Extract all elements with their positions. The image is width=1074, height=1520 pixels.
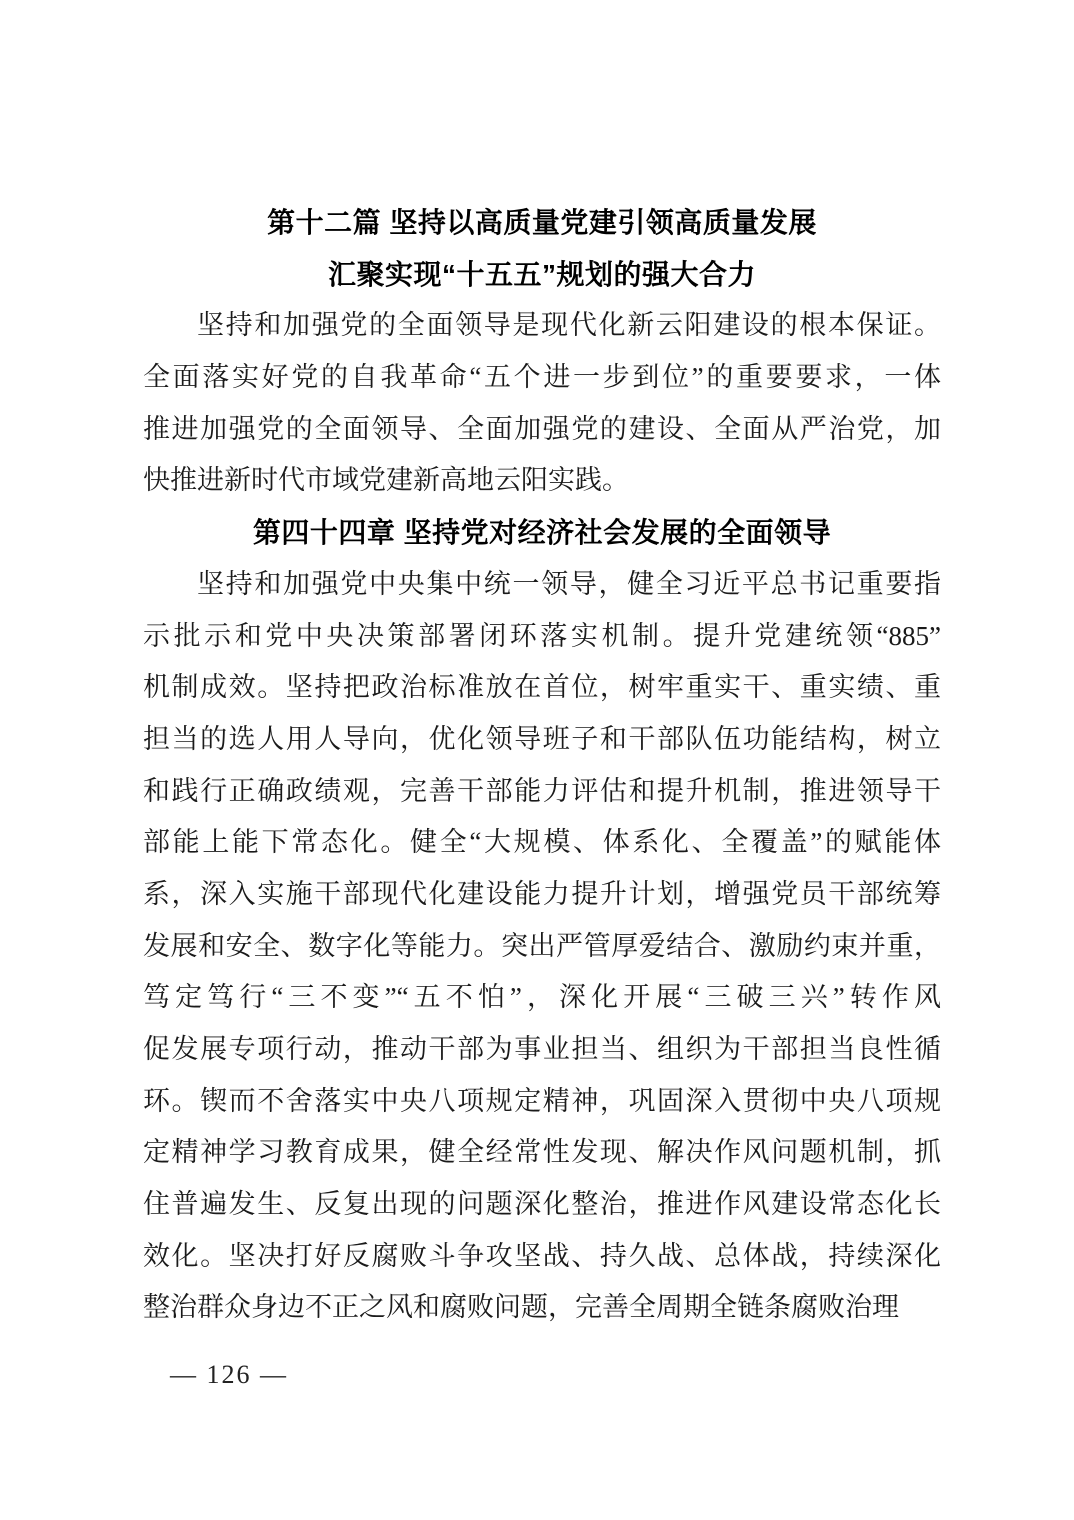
text-line: 系，深入实施干部现代化建设能力提升计划，增强党员干部统筹 — [143, 869, 941, 921]
document-page: 第十二篇 坚持以高质量党建引领高质量发展 汇聚实现“十五五”规划的强大合力 坚持… — [0, 0, 1074, 1520]
text-line: 快推进新时代市域党建新高地云阳实践。 — [143, 455, 941, 507]
text-line: 担当的选人用人导向，优化领导班子和干部队伍功能结构，树立 — [143, 714, 941, 766]
text-line: 住普遍发生、反复出现的问题深化整治，推进作风建设常态化长 — [143, 1179, 941, 1231]
text-line: 促发展专项行动，推动干部为事业担当、组织为干部担当良性循 — [143, 1024, 941, 1076]
paragraph-2: 坚持和加强党中央集中统一领导，健全习近平总书记重要指示批示和党中央决策部署闭环落… — [143, 559, 941, 1334]
text-line: 和践行正确政绩观，完善干部能力评估和提升机制，推进领导干 — [143, 766, 941, 818]
page-content: 第十二篇 坚持以高质量党建引领高质量发展 汇聚实现“十五五”规划的强大合力 坚持… — [143, 197, 941, 1334]
text-line: 效化。坚决打好反腐败斗争攻坚战、持久战、总体战，持续深化 — [143, 1231, 941, 1283]
text-line: 发展和安全、数字化等能力。突出严管厚爱结合、激励约束并重， — [143, 921, 941, 973]
page-number: — 126 — — [170, 1356, 288, 1394]
text-line: 部能上能下常态化。健全“大规模、体系化、全覆盖”的赋能体 — [143, 817, 941, 869]
paragraph-1: 坚持和加强党的全面领导是现代化新云阳建设的根本保证。全面落实好党的自我革命“五个… — [143, 300, 941, 507]
text-line: 定精神学习教育成果，健全经常性发现、解决作风问题机制，抓 — [143, 1127, 941, 1179]
text-line: 环。锲而不舍落实中央八项规定精神，巩固深入贯彻中央八项规 — [143, 1076, 941, 1128]
part-title-line1: 第十二篇 坚持以高质量党建引领高质量发展 — [143, 197, 941, 249]
text-line: 坚持和加强党的全面领导是现代化新云阳建设的根本保证。 — [143, 300, 941, 352]
chapter-title: 第四十四章 坚持党对经济社会发展的全面领导 — [143, 507, 941, 559]
text-line: 机制成效。坚持把政治标准放在首位，树牢重实干、重实绩、重 — [143, 662, 941, 714]
text-line: 笃定笃行“三不变”“五不怕”，深化开展“三破三兴”转作风 — [143, 972, 941, 1024]
text-line: 示批示和党中央决策部署闭环落实机制。提升党建统领“885” — [143, 611, 941, 663]
text-line: 全面落实好党的自我革命“五个进一步到位”的重要要求，一体 — [143, 352, 941, 404]
text-line: 整治群众身边不正之风和腐败问题，完善全周期全链条腐败治理 — [143, 1282, 941, 1334]
part-title-line2: 汇聚实现“十五五”规划的强大合力 — [143, 249, 941, 301]
text-line: 推进加强党的全面领导、全面加强党的建设、全面从严治党，加 — [143, 404, 941, 456]
text-line: 坚持和加强党中央集中统一领导，健全习近平总书记重要指 — [143, 559, 941, 611]
